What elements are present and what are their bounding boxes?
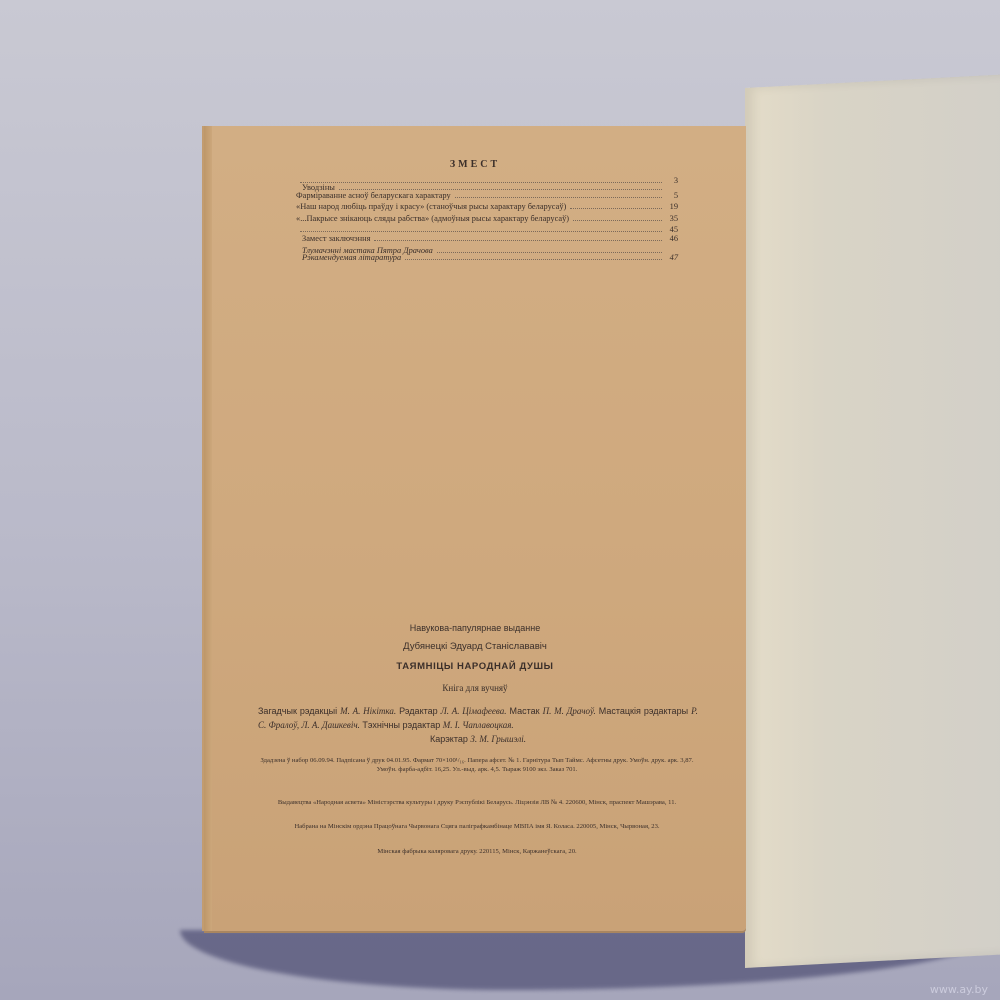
facing-page	[745, 74, 1000, 968]
toc-entry: «Наш народ любіць праўду і красу» (стано…	[296, 202, 678, 213]
imprint-printer: Мінская фабрыка каляровага друку. 220115…	[258, 848, 696, 857]
table-of-contents: 3 Уводзіны Фарміраванне асноў беларускаг…	[296, 176, 678, 265]
imprint-print-details: Здадзена ў набор 06.09.94. Падпісана ў д…	[258, 757, 696, 774]
site-watermark: www.ay.by	[930, 983, 988, 996]
imprint-typesetter: Набрана на Мінскім ордэна Працоўнага Чыр…	[258, 823, 696, 832]
toc-heading: ЗМЕСТ	[204, 159, 746, 170]
toc-entry: Рэкамендуемая літаратура47	[296, 253, 678, 264]
toc-entry: Фарміраванне асноў беларускага характару…	[296, 191, 678, 202]
toc-entry: «...Пакрысе знікаюць сляды рабства» (адм…	[296, 214, 678, 225]
editorial-credits: Загадчык рэдакцыі М. А. Нікітка. Рэдакта…	[258, 704, 698, 746]
book-author: Дубянецкі Эдуард Станіслававіч	[204, 641, 746, 652]
book-subtitle: Кніга для вучняў	[204, 683, 746, 693]
proofreader-line: Карэктар З. М. Грышэлі.	[258, 732, 698, 746]
book-title: ТАЯМНІЦЫ НАРОДНАЙ ДУШЫ	[204, 661, 746, 672]
imprint-publisher: Выдавецтва «Народная асвета» Міністэрств…	[258, 799, 696, 808]
page-content: ЗМЕСТ 3 Уводзіны Фарміраванне асноў бела…	[204, 126, 746, 931]
toc-entry: Замест заключэння46	[296, 234, 678, 245]
booklet-page: ЗМЕСТ 3 Уводзіны Фарміраванне асноў бела…	[204, 126, 746, 931]
publication-genre: Навукова-папулярнае выданне	[204, 623, 746, 633]
